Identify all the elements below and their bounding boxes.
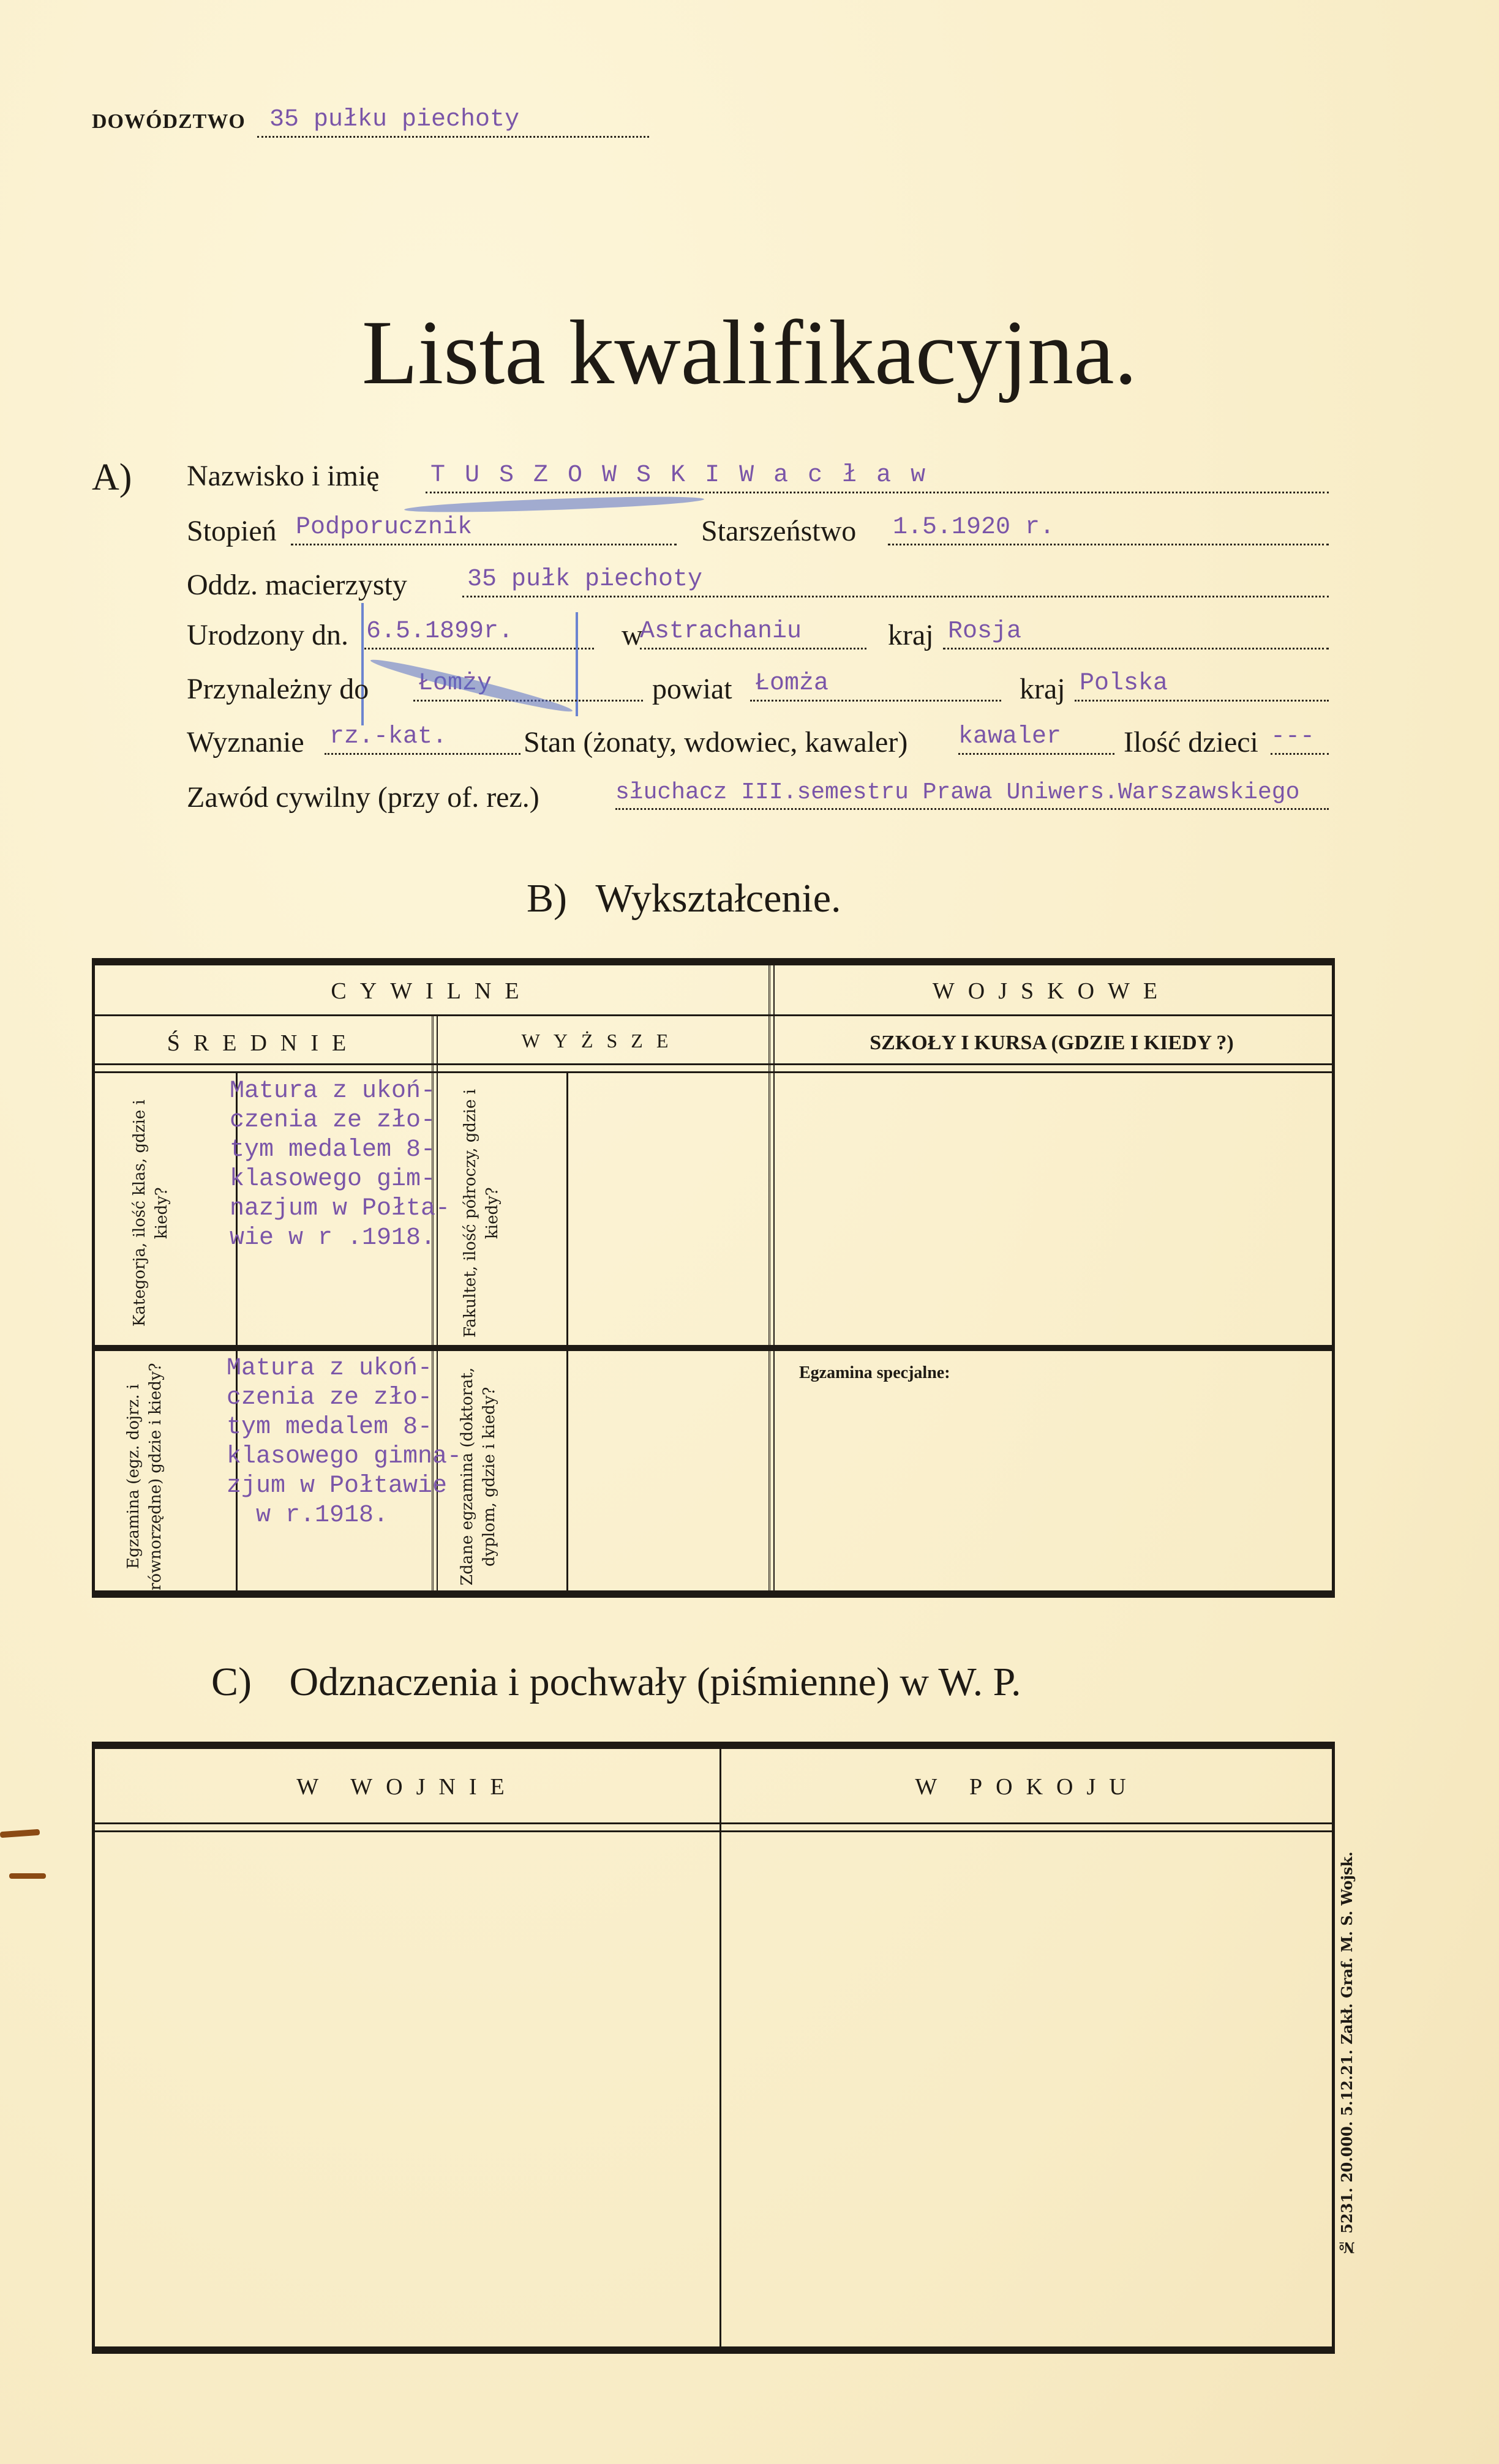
rank-field[interactable]: Podporucznik: [291, 508, 677, 545]
born-date-field[interactable]: 6.5.1899r.: [361, 612, 594, 650]
higher-value-row1[interactable]: [569, 1073, 765, 1345]
peace-header: W POKOJU: [723, 1773, 1332, 1800]
occupation-label: Zawód cywilny (przy of. rez.): [187, 781, 539, 814]
section-c-letter: C): [211, 1660, 252, 1704]
section-b-letter: B): [527, 876, 567, 921]
district-label: powiat: [652, 672, 732, 706]
belongs-country-label: kraj: [1020, 672, 1065, 706]
command-field[interactable]: 35 pułku piechoty: [257, 98, 649, 138]
section-b-title: Wykształcenie.: [596, 876, 841, 921]
secondary-caption-row1: Kategorja, ilość klas, gdzie i kiedy?: [129, 1085, 173, 1342]
status-label: Stan (żonaty, wdowiec, kawaler): [524, 725, 907, 759]
parent-unit-label: Oddz. macierzysty: [187, 568, 407, 602]
military-value-row1[interactable]: [775, 1073, 1332, 1345]
born-place-value: Astrachaniu: [640, 618, 802, 645]
born-place-field[interactable]: Astrachaniu: [640, 612, 866, 650]
civil-header: CYWILNE: [95, 978, 768, 1005]
higher-value-row2[interactable]: [569, 1351, 765, 1587]
col-divider-military: [768, 965, 775, 1590]
section-c-title: Odznaczenia i pochwały (piśmienne) w W. …: [290, 1660, 1021, 1704]
awards-header-divider: [95, 1822, 1332, 1832]
children-field[interactable]: ---: [1271, 717, 1329, 755]
awards-col-divider: [719, 1749, 721, 2346]
military-sub-header: SZKOŁY I KURSA (GDZIE I KIEDY ?): [772, 1032, 1332, 1055]
staple-rust-mark: [0, 1829, 40, 1838]
district-value: Łomża: [755, 670, 828, 697]
religion-label: Wyznanie: [187, 725, 304, 759]
secondary-caption-row2: Egzamina (egz. dojrz. i równorzędne) gdz…: [122, 1360, 167, 1593]
special-exams-label: Egzamina specjalne:: [799, 1363, 950, 1383]
seniority-label: Starszeństwo: [701, 514, 856, 548]
special-exams-value[interactable]: [775, 1394, 1332, 1584]
religion-value: rz.-kat.: [329, 723, 447, 751]
pencil-bracket-left: [361, 603, 364, 725]
belongs-label: Przynależny do: [187, 672, 369, 706]
section-a-letter: A): [92, 456, 132, 500]
religion-field[interactable]: rz.-kat.: [325, 717, 520, 755]
occupation-field[interactable]: słuchacz III.semestru Prawa Uniwers.Wars…: [615, 773, 1329, 810]
secondary-value-row1[interactable]: Matura z ukoń- czenia ze zło- tym medale…: [230, 1077, 450, 1253]
document-title: Lista kwalifikacyjna.: [0, 300, 1499, 405]
rank-label: Stopień: [187, 514, 277, 548]
born-country-label: kraj: [888, 618, 934, 652]
education-table: CYWILNE WOJSKOWE ŚREDNIE WYŻSZE SZKOŁY I…: [92, 958, 1335, 1598]
children-value: ---: [1271, 723, 1315, 751]
born-country-field[interactable]: Rosja: [943, 612, 1329, 650]
command-label: DOWÓDZTWO: [92, 110, 246, 133]
parent-unit-field[interactable]: 35 pułk piechoty: [462, 560, 1329, 597]
district-field[interactable]: Łomża: [750, 664, 1001, 702]
name-field[interactable]: T U S Z O W S K I W a c ł a w: [426, 456, 1329, 493]
col-divider-high-caption: [566, 1073, 568, 1590]
status-value: kawaler: [958, 723, 1061, 751]
war-awards-value[interactable]: [95, 1835, 716, 2346]
header-divider: [95, 1014, 1332, 1016]
name-value: T U S Z O W S K I W a c ł a w: [430, 462, 928, 489]
header-double-divider: [95, 1063, 1332, 1073]
name-label: Nazwisko i imię: [187, 459, 380, 493]
printer-imprint: № 5231. 20.000. 5.12.21. Zakł. Graf. M. …: [1338, 1830, 1356, 2277]
section-b-heading: B) Wykształcenie.: [527, 875, 841, 922]
rank-value: Podporucznik: [296, 514, 472, 541]
status-field[interactable]: kawaler: [958, 717, 1114, 755]
born-label: Urodzony dn.: [187, 618, 348, 652]
seniority-field[interactable]: 1.5.1920 r.: [888, 508, 1329, 545]
peace-awards-value[interactable]: [723, 1835, 1332, 2346]
awards-table: W WOJNIE W POKOJU: [92, 1742, 1335, 2354]
occupation-value: słuchacz III.semestru Prawa Uniwers.Wars…: [615, 779, 1299, 806]
higher-header: WYŻSZE: [435, 1030, 768, 1052]
military-header: WOJSKOWE: [772, 978, 1332, 1005]
born-country-value: Rosja: [948, 618, 1021, 645]
belongs-country-value: Polska: [1080, 670, 1168, 697]
seniority-value: 1.5.1920 r.: [893, 514, 1054, 541]
secondary-header: ŚREDNIE: [95, 1030, 432, 1057]
belongs-country-field[interactable]: Polska: [1075, 664, 1329, 702]
row-divider: [95, 1345, 1332, 1351]
secondary-value-row2[interactable]: Matura z ukoń- czenia ze zło- tym medale…: [227, 1354, 462, 1530]
parent-unit-value: 35 pułk piechoty: [467, 566, 702, 593]
section-c-heading: C) Odznaczenia i pochwały (piśmienne) w …: [211, 1659, 1021, 1706]
born-date-value: 6.5.1899r.: [366, 618, 513, 645]
higher-caption-row1: Fakultet, ilość półroczy, gdzie i kiedy?: [459, 1085, 503, 1342]
higher-caption-row2: Zdane egzamina (doktorat, dyplom, gdzie …: [456, 1360, 500, 1593]
children-label: Ilość dzieci: [1124, 725, 1258, 759]
command-value: 35 pułku piechoty: [269, 106, 519, 133]
war-header: W WOJNIE: [95, 1773, 719, 1800]
staple-rust-mark: [9, 1873, 46, 1879]
